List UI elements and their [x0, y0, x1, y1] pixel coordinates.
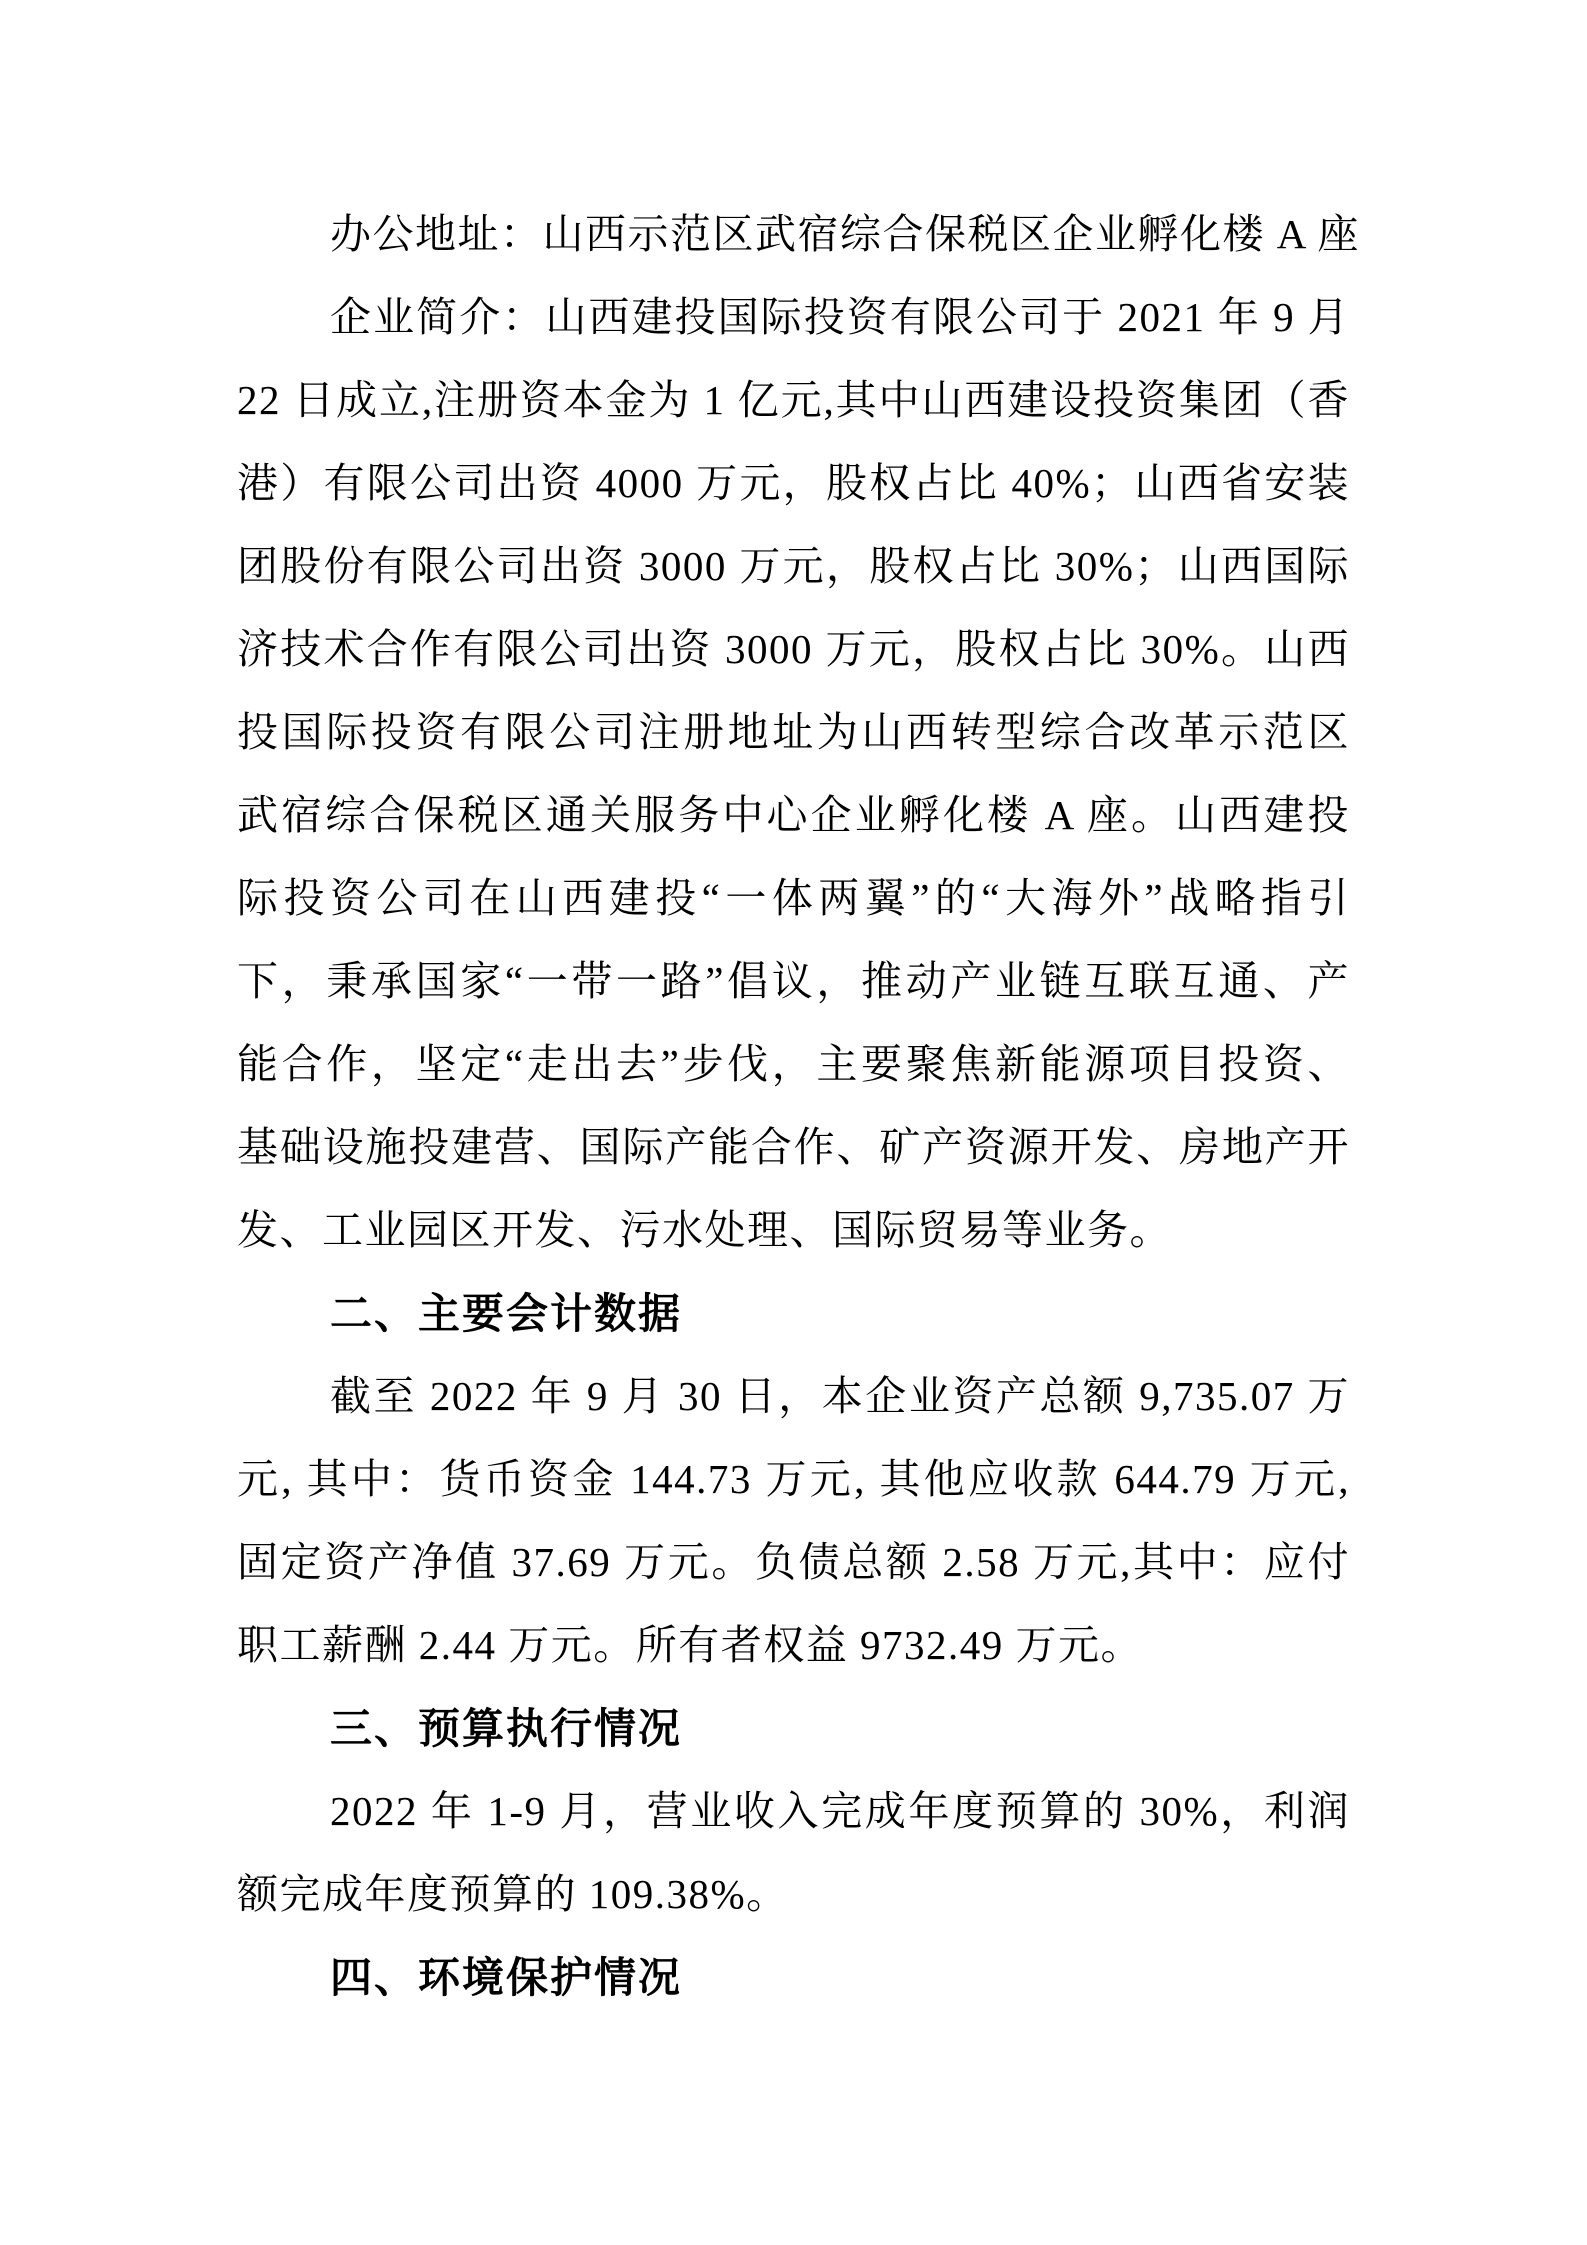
document-page: 办公地址：山西示范区武宿综合保税区企业孵化楼 A 座 企业简介：山西建投国际投资… [0, 0, 1587, 2245]
text-line: 元, 其中：货币资金 144.73 万元, 其他应收款 644.79 万元, [237, 1438, 1350, 1521]
text-line: 职工薪酬 2.44 万元。所有者权益 9732.49 万元。 [237, 1604, 1350, 1687]
section-heading-environment: 四、环境保护情况 [237, 1936, 1350, 2019]
text-line: 能合作，坚定“走出去”步伐，主要聚焦新能源项目投资、 [237, 1023, 1350, 1106]
section-heading-budget: 三、预算执行情况 [237, 1687, 1350, 1770]
text-line-office-address: 办公地址：山西示范区武宿综合保税区企业孵化楼 A 座 [237, 193, 1350, 276]
text-line: 下，秉承国家“一带一路”倡议，推动产业链互联互通、产 [237, 940, 1350, 1023]
text-line: 2022 年 1-9 月，营业收入完成年度预算的 30%，利润总 [237, 1770, 1350, 1853]
text-line: 企业简介：山西建投国际投资有限公司于 2021 年 9 月 [237, 276, 1350, 359]
text-line: 发、工业园区开发、污水处理、国际贸易等业务。 [237, 1189, 1350, 1272]
text-line: 截至 2022 年 9 月 30 日，本企业资产总额 9,735.07 万 [237, 1355, 1350, 1438]
text-line: 际投资公司在山西建投“一体两翼”的“大海外”战略指引 [237, 857, 1350, 940]
text-line: 额完成年度预算的 109.38%。 [237, 1853, 1350, 1936]
text-line: 投国际投资有限公司注册地址为山西转型综合改革示范区 [237, 691, 1350, 774]
section-heading-accounting: 二、主要会计数据 [237, 1272, 1350, 1355]
text-line: 港）有限公司出资 4000 万元，股权占比 40%；山西省安装集 [237, 442, 1350, 525]
document-text-block: 办公地址：山西示范区武宿综合保税区企业孵化楼 A 座 企业简介：山西建投国际投资… [237, 193, 1350, 2019]
text-line: 武宿综合保税区通关服务中心企业孵化楼 A 座。山西建投国 [237, 774, 1350, 857]
text-line: 基础设施投建营、国际产能合作、矿产资源开发、房地产开 [237, 1106, 1350, 1189]
text-line: 团股份有限公司出资 3000 万元，股权占比 30%；山西国际经 [237, 525, 1350, 608]
text-line: 22 日成立,注册资本金为 1 亿元,其中山西建设投资集团（香 [237, 359, 1350, 442]
text-line: 固定资产净值 37.69 万元。负债总额 2.58 万元,其中：应付 [237, 1521, 1350, 1604]
text-line: 济技术合作有限公司出资 3000 万元，股权占比 30%。山西建 [237, 608, 1350, 691]
